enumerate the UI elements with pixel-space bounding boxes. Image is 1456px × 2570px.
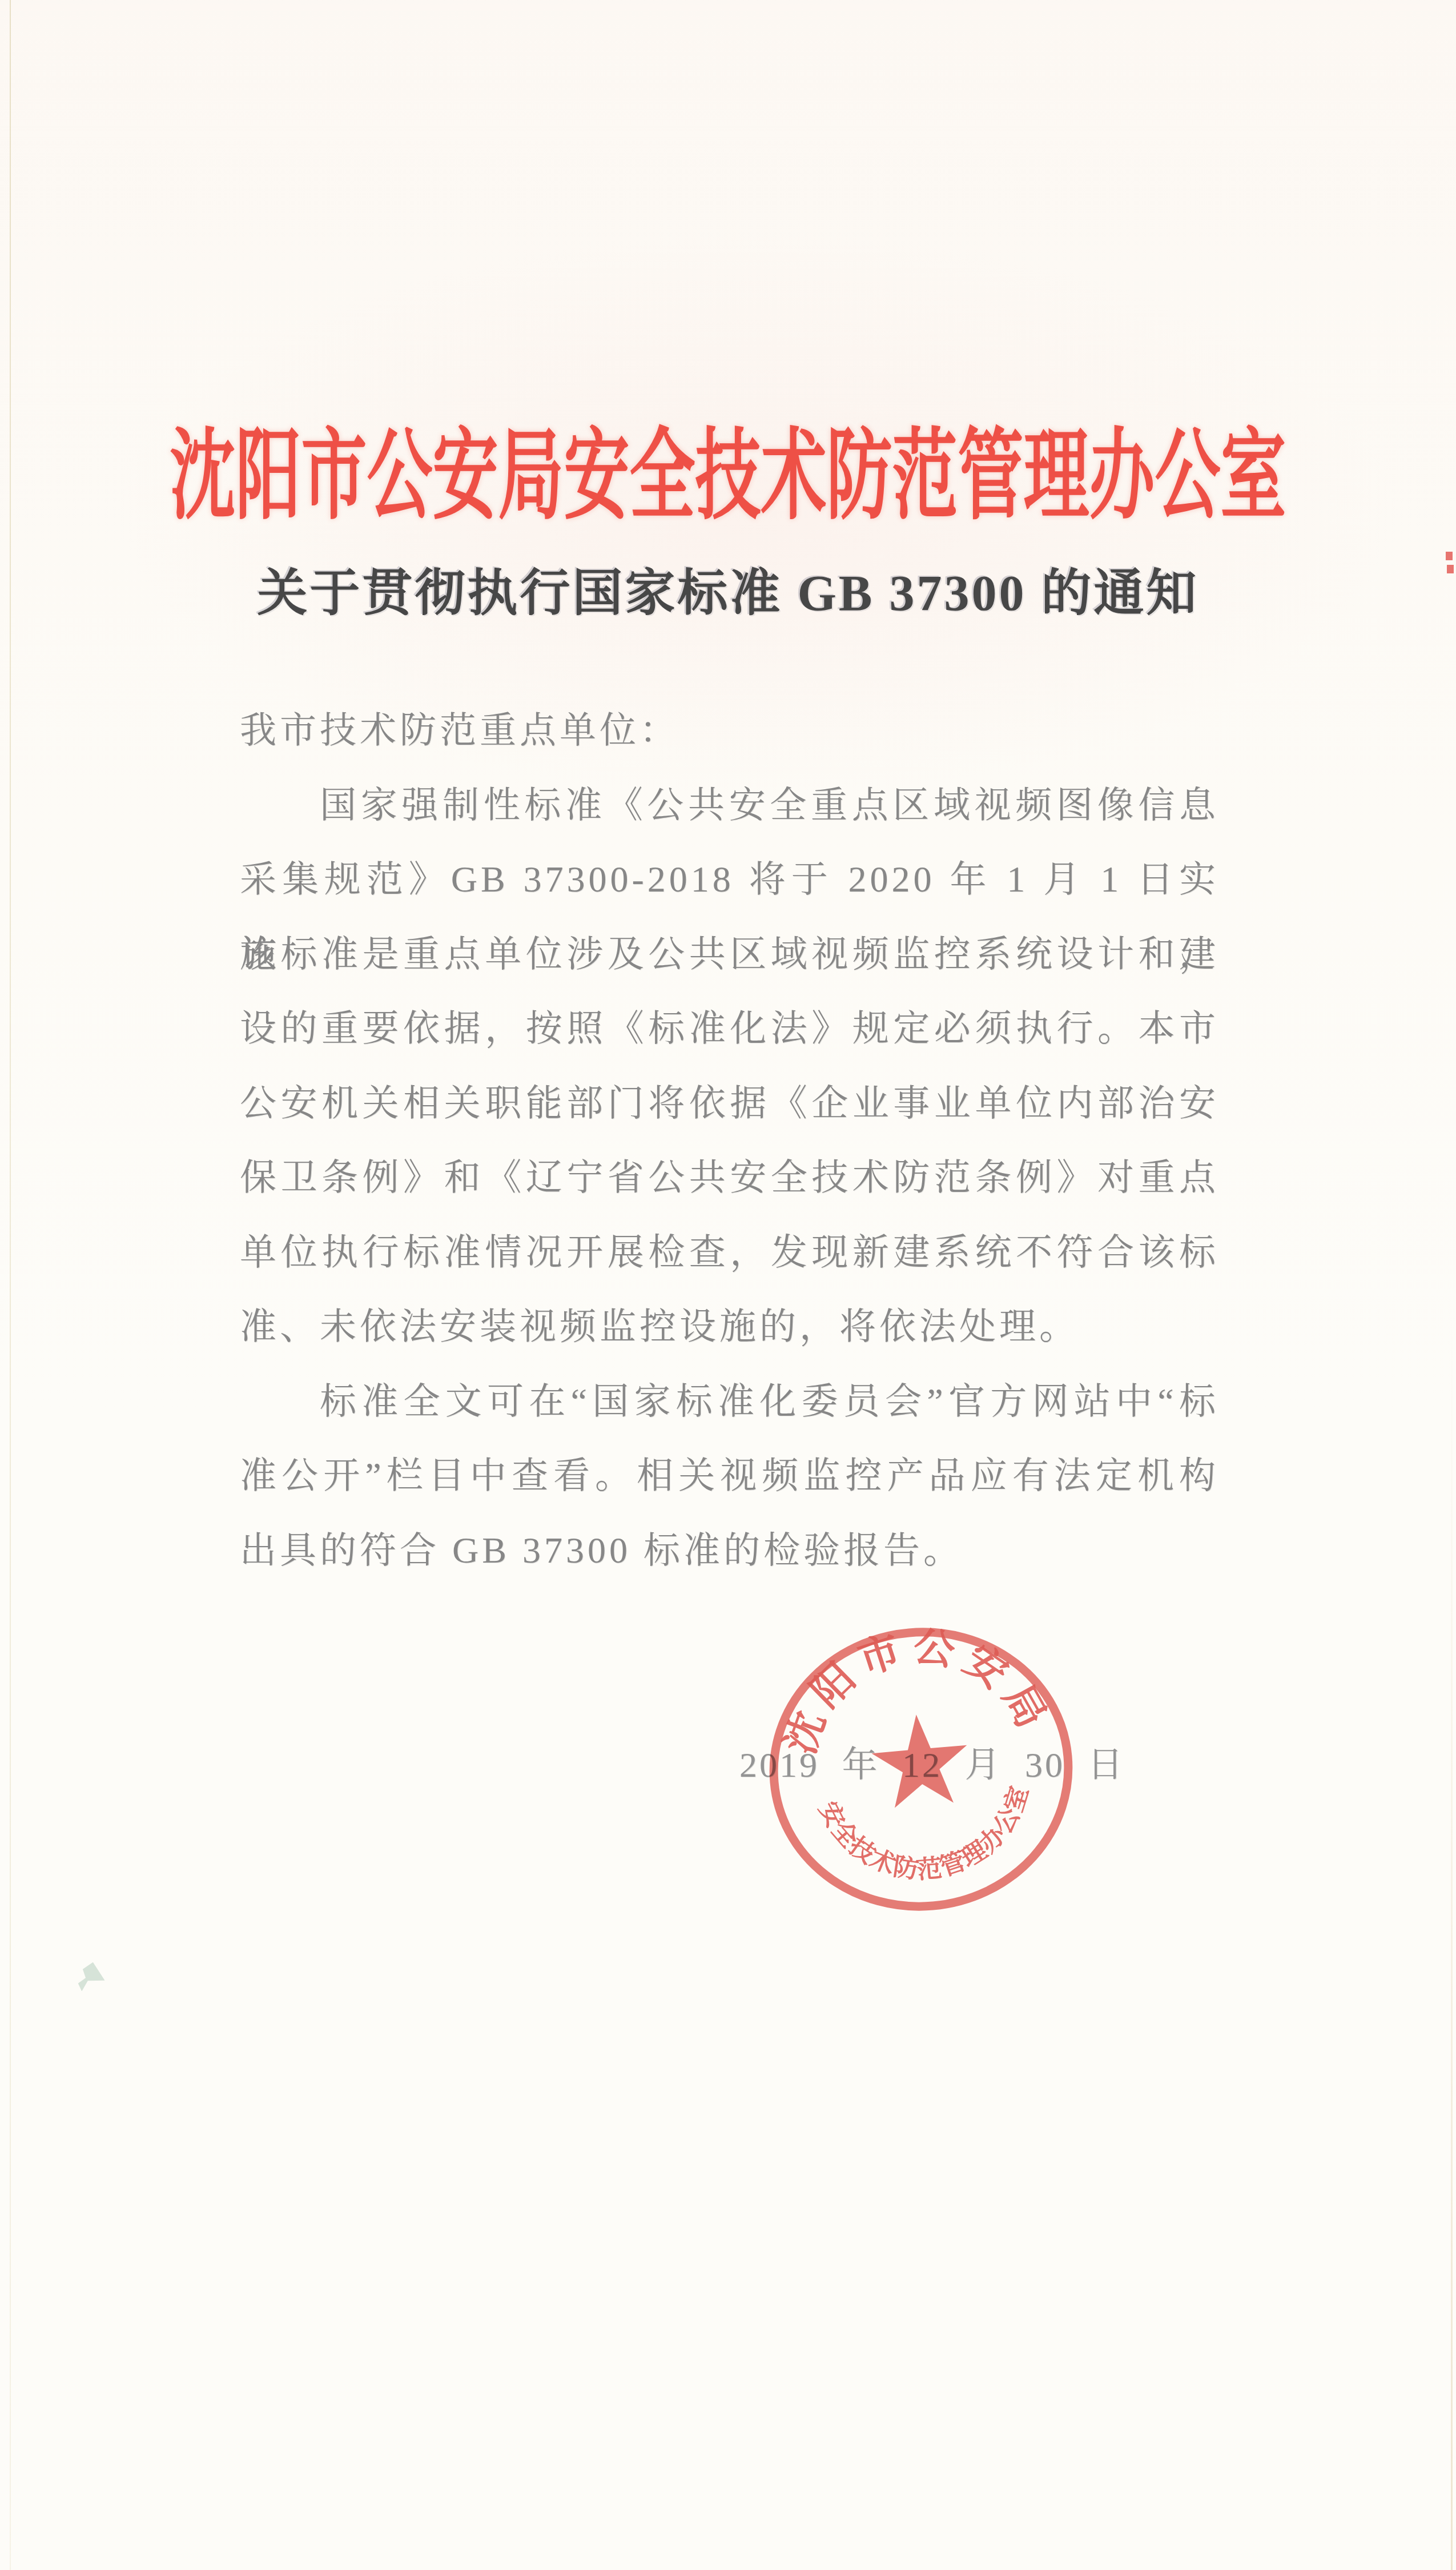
scan-right-edge-line	[1451, 1314, 1453, 2570]
letterhead-title: 沈阳市公安局安全技术防范管理办公室	[0, 427, 1456, 493]
body-line: 公安机关相关职能部门将依据《企业事业单位内部治安	[240, 1066, 1219, 1141]
body-line: 该标准是重点单位涉及公共区域视频监控系统设计和建	[240, 917, 1219, 992]
notice-body: 我市技术防范重点单位： 国家强制性标准《公共安全重点区域视频图像信息 采集规范》…	[240, 693, 1219, 1588]
notice-title: 关于贯彻执行国家标准 GB 37300 的通知	[0, 565, 1456, 623]
body-line: 保卫条例》和《辽宁省公共安全技术防范条例》对重点	[240, 1141, 1219, 1215]
body-line: 准、未依法安装视频监控设施的，将依法处理。	[240, 1290, 1219, 1364]
red-edge-mark	[1446, 552, 1453, 560]
body-line: 出具的符合 GB 37300 标准的检验报告。	[240, 1513, 1219, 1588]
document-page: 沈阳市公安局安全技术防范管理办公室 关于贯彻执行国家标准 GB 37300 的通…	[0, 0, 1456, 2570]
body-line: 国家强制性标准《公共安全重点区域视频图像信息	[240, 768, 1219, 843]
body-line: 准公开”栏目中查看。相关视频监控产品应有法定机构	[240, 1439, 1219, 1513]
official-seal: 沈阳市公安局 安全技术防范管理办公室	[758, 1618, 1084, 1921]
seal-star-icon	[868, 1710, 972, 1809]
body-line: 标准全文可在“国家标准化委员会”官方网站中“标	[240, 1364, 1219, 1439]
body-line: 采集规范》GB 37300-2018 将于 2020 年 1 月 1 日实施，	[240, 842, 1219, 917]
letterhead-title-text: 沈阳市公安局安全技术防范管理办公室	[170, 427, 1286, 526]
scan-left-edge-line	[10, 0, 11, 2570]
salutation-line: 我市技术防范重点单位：	[240, 693, 1219, 768]
body-line: 设的重要依据，按照《标准化法》规定必须执行。本市	[240, 991, 1219, 1066]
body-line: 单位执行标准情况开展检查，发现新建系统不符合该标	[240, 1215, 1219, 1290]
green-smudge-mark	[74, 1959, 108, 1996]
